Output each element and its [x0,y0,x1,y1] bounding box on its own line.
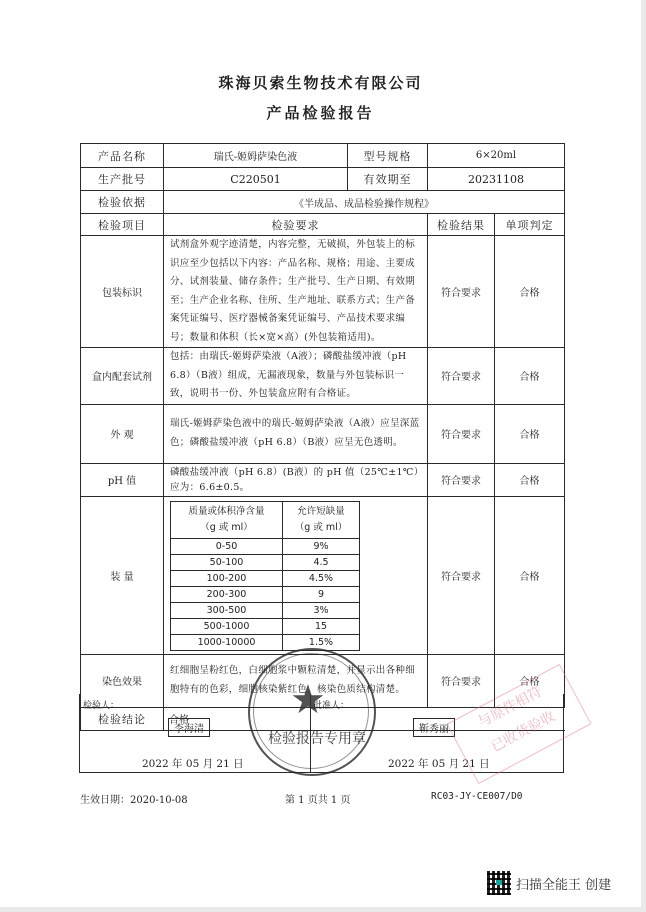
fill-row: 50-1004.5 [171,554,360,570]
column-header-row: 检验项目 检验要求 检验结果 单项判定 [81,214,565,236]
row-result: 符合要求 [428,348,495,405]
row-verdict: 合格 [495,348,565,405]
row-result: 符合要求 [428,404,495,463]
watermark-text: 扫描全能王 创建 [516,874,611,893]
seal-text: 检验报告专用章 [268,728,366,748]
page-number: 第 1 页共 1 页 [285,791,350,806]
inspector-date: 2022 年 05 月 21 日 [142,756,244,771]
inspection-table: 产品名称 瑞氏-姬姆萨染色液 型号规格 6×20ml 生产批号 C220501 … [80,143,565,731]
fill-row: 0-509% [171,538,360,554]
table-row: 包装标识 试剂盒外观字迹清楚，内容完整，无破损，外包装上的标识应至少包括以下内容… [81,236,565,348]
basis-label: 检验依据 [81,191,164,214]
row-verdict: 合格 [495,236,565,348]
company-seal: ★ 检验报告专用章 [248,648,376,776]
inspector-name: 李海清 [168,718,210,737]
fill-header-right: 允许短缺量（g 或 ml） [283,501,360,538]
document-code: RC03-JY-CE007/D0 [431,791,523,802]
table-row: 装 量 质量或体积净含量（g 或 ml） 允许短缺量（g 或 ml） 0-509… [81,496,565,654]
product-name-label: 产品名称 [81,144,164,168]
row-result: 符合要求 [428,463,495,496]
fill-table-header: 质量或体积净含量（g 或 ml） 允许短缺量（g 或 ml） [171,501,360,538]
fill-row: 100-2004.5% [171,570,360,586]
report-title: 产品检验报告 [0,102,641,123]
row-verdict: 合格 [495,463,565,496]
info-row: 产品名称 瑞氏-姬姆萨染色液 型号规格 6×20ml [81,144,565,168]
row-item: pH 值 [81,463,164,496]
company-name: 珠海贝索生物技术有限公司 [0,72,641,93]
row-result: 符合要求 [428,496,495,654]
model-label: 型号规格 [348,144,428,168]
model-value: 6×20ml [428,144,565,168]
product-name-value: 瑞氏-姬姆萨染色液 [164,144,348,168]
row-result: 符合要求 [428,236,495,348]
basis-value: 《半成品、成品检验操作规程》 [164,191,565,214]
table-row: 外 观 瑞氏-姬姆萨染色液中的瑞氏-姬姆萨染液（A液）应呈深蓝色；磷酸盐缓冲液（… [81,404,565,463]
expiry-label: 有效期至 [348,168,428,191]
table-row: pH 值 磷酸盐缓冲液（pH 6.8）(B液）的 pH 值（25℃±1℃）应为：… [81,463,565,496]
row-item: 装 量 [81,496,164,654]
fill-row: 300-5003% [171,602,360,618]
row-verdict: 合格 [495,404,565,463]
star-icon: ★ [290,680,326,720]
fill-table-cell: 质量或体积净含量（g 或 ml） 允许短缺量（g 或 ml） 0-509% 50… [164,496,428,654]
fill-header-left: 质量或体积净含量（g 或 ml） [171,501,283,538]
fill-table: 质量或体积净含量（g 或 ml） 允许短缺量（g 或 ml） 0-509% 50… [170,501,360,651]
row-requirement: 包括：由瑞氏-姬姆萨染液（A液）；磷酸盐缓冲液（pH 6.8）（B液）组成，无漏… [164,348,428,405]
col-requirement: 检验要求 [164,214,428,236]
col-item: 检验项目 [81,214,164,236]
row-item: 包装标识 [81,236,164,348]
fill-row: 1000-100001.5% [171,634,360,650]
batch-value: C220501 [164,168,348,191]
col-verdict: 单项判定 [495,214,565,236]
batch-label: 生产批号 [81,168,164,191]
effective-date: 生效日期：2020-10-08 [80,791,188,806]
info-row: 检验依据 《半成品、成品检验操作规程》 [81,191,565,214]
fill-row: 500-100015 [171,618,360,634]
table-row: 盒内配套试剂 包括：由瑞氏-姬姆萨染液（A液）；磷酸盐缓冲液（pH 6.8）（B… [81,348,565,405]
camscanner-watermark: 扫描全能王 创建 [487,869,611,897]
row-requirement: 试剂盒外观字迹清楚，内容完整，无破损，外包装上的标识应至少包括以下内容：产品名称… [164,236,428,348]
document-page: 珠海贝索生物技术有限公司 产品检验报告 产品名称 瑞氏-姬姆萨染色液 型号规格 … [0,0,641,907]
qr-code-icon [487,871,511,895]
row-requirement: 磷酸盐缓冲液（pH 6.8）(B液）的 pH 值（25℃±1℃）应为：6.6±0… [164,463,428,496]
info-row: 生产批号 C220501 有效期至 20231108 [81,168,565,191]
row-requirement: 瑞氏-姬姆萨染色液中的瑞氏-姬姆萨染液（A液）应呈深蓝色；磷酸盐缓冲液（pH 6… [164,404,428,463]
row-item: 外 观 [81,404,164,463]
row-item: 盒内配套试剂 [81,348,164,405]
row-verdict: 合格 [495,496,565,654]
fill-row: 200-3009 [171,586,360,602]
inspector-label: 检验人： [83,698,119,711]
expiry-value: 20231108 [428,168,565,191]
col-result: 检验结果 [428,214,495,236]
